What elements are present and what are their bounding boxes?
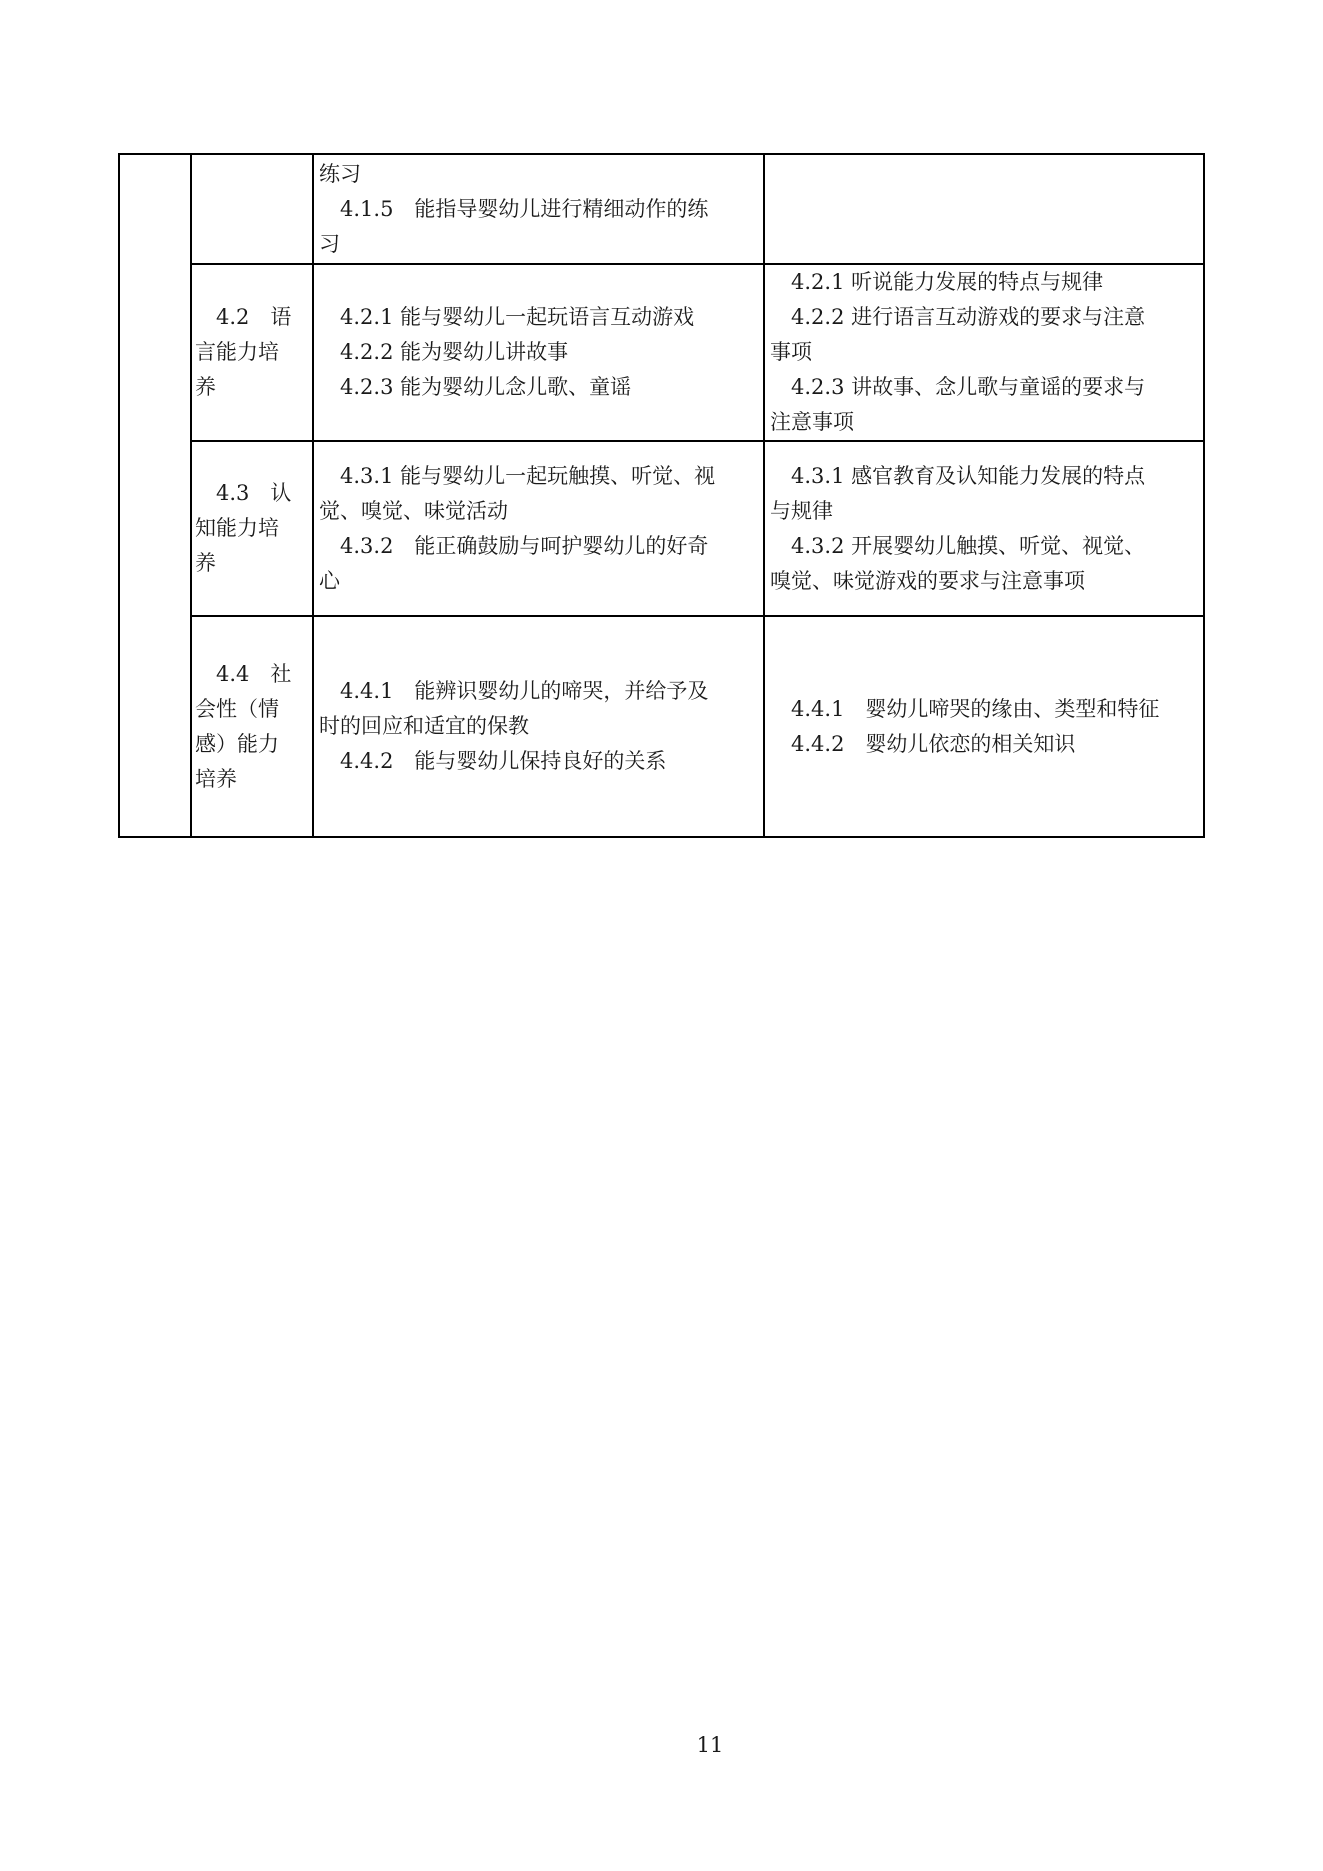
knowledge-cell-4-1	[764, 154, 1204, 264]
knowledge-cell-4-3: 4.3.1 感官教育及认知能力发展的特点 与规律 4.3.2 开展婴幼儿触摸、听…	[764, 441, 1204, 616]
curriculum-table: 练习 4.1.5 能指导婴幼儿进行精细动作的练 习 4.2 语 言能力培 养 4…	[118, 153, 1205, 838]
skills-cell-4-2: 4.2.1 能与婴幼儿一起玩语言互动游戏 4.2.2 能为婴幼儿讲故事 4.2.…	[313, 264, 764, 441]
table-row: 4.2 语 言能力培 养 4.2.1 能与婴幼儿一起玩语言互动游戏 4.2.2 …	[119, 264, 1204, 441]
merged-left-cell	[119, 154, 191, 837]
row-label-cell-4-2: 4.2 语 言能力培 养	[191, 264, 313, 441]
row-label-cell-4-1	[191, 154, 313, 264]
row-label-cell-4-3: 4.3 认 知能力培 养	[191, 441, 313, 616]
table-row: 4.3 认 知能力培 养 4.3.1 能与婴幼儿一起玩触摸、听觉、视 觉、嗅觉、…	[119, 441, 1204, 616]
skills-cell-4-1: 练习 4.1.5 能指导婴幼儿进行精细动作的练 习	[313, 154, 764, 264]
table-row: 4.4 社 会性（情 感）能力 培养 4.4.1 能辨识婴幼儿的啼哭，并给予及 …	[119, 616, 1204, 837]
document-page: { "page": { "number": "11" }, "table": {…	[0, 0, 1323, 1871]
table-row: 练习 4.1.5 能指导婴幼儿进行精细动作的练 习	[119, 154, 1204, 264]
knowledge-cell-4-4: 4.4.1 婴幼儿啼哭的缘由、类型和特征 4.4.2 婴幼儿依恋的相关知识	[764, 616, 1204, 837]
skills-cell-4-4: 4.4.1 能辨识婴幼儿的啼哭，并给予及 时的回应和适宜的保教 4.4.2 能与…	[313, 616, 764, 837]
page-number: 11	[670, 1733, 750, 1757]
skills-cell-4-3: 4.3.1 能与婴幼儿一起玩触摸、听觉、视 觉、嗅觉、味觉活动 4.3.2 能正…	[313, 441, 764, 616]
knowledge-cell-4-2: 4.2.1 听说能力发展的特点与规律 4.2.2 进行语言互动游戏的要求与注意 …	[764, 264, 1204, 441]
row-label-cell-4-4: 4.4 社 会性（情 感）能力 培养	[191, 616, 313, 837]
